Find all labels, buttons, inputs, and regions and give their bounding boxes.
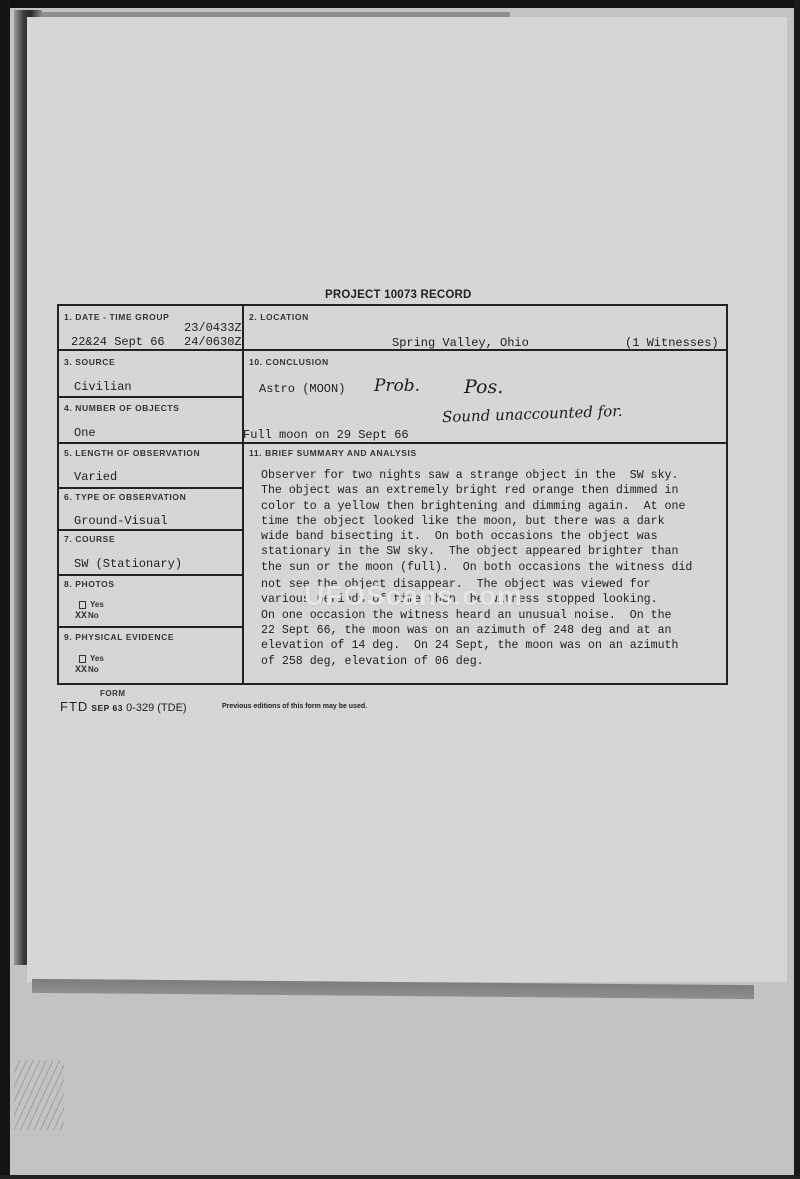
footer-form-code: FTD SEP 63 0-329 (TDE) [60,699,187,714]
summary-line: time the object looked like the moon, bu… [261,514,731,529]
checkbox-empty-icon [79,601,86,609]
handwritten-prob: Prob. [374,376,420,396]
conclusion-label: 10. CONCLUSION [249,357,329,367]
source-label: 3. SOURCE [64,357,115,367]
footer-note: Previous editions of this form may be us… [222,703,367,710]
date-time-group-label: 1. DATE - TIME GROUP [64,312,169,322]
summary-line: 22 Sept 66, the moon was on an azimuth o… [261,623,731,638]
witness-count: (1 Witnesses) [625,336,719,350]
photos-yes-option[interactable]: Yes [79,600,104,609]
summary-line: The object was an extremely bright red o… [261,483,731,498]
type-of-observation-label: 6. TYPE OF OBSERVATION [64,492,186,502]
number-of-objects-label: 4. NUMBER OF OBJECTS [64,403,179,413]
course-value: SW (Stationary) [74,557,182,571]
type-of-observation-value: Ground-Visual [74,514,168,528]
row-divider [59,626,243,628]
form-title: PROJECT 10073 RECORD [325,289,472,301]
summary-label: 11. BRIEF SUMMARY AND ANALYSIS [249,448,417,458]
summary-line: of 258 deg, elevation of 06 deg. [261,654,731,669]
length-of-observation-value: Varied [74,470,117,484]
checkbox-checked-icon: XX [75,665,87,676]
course-label: 7. COURSE [64,534,115,544]
form-number: 0-329 (TDE) [126,702,187,714]
row-divider [59,487,243,489]
photos-label: 8. PHOTOS [64,579,115,589]
scan-border-bottom [0,1175,800,1179]
time-value-1: 23/0433Z [184,321,242,335]
scan-border-top [0,0,800,8]
checkbox-checked-icon: XX [75,611,87,622]
time-value-2: 24/0630Z [184,335,242,349]
form-prefix: FTD [60,699,88,714]
form-date: SEP 63 [91,703,123,713]
location-label: 2. LOCATION [249,312,309,322]
conclusion-note: Full moon on 29 Sept 66 [243,428,409,442]
film-scratches [14,1060,64,1130]
summary-line: wide band bisecting it. On both occasion… [261,529,731,544]
handwritten-sound-note: Sound unaccounted for. [442,402,623,426]
summary-line: Observer for two nights saw a strange ob… [261,468,731,483]
photos-no-option[interactable]: XXNo [75,611,99,622]
watermark: UFOScans.com [304,580,523,612]
source-value: Civilian [74,380,132,394]
row-divider [59,396,243,398]
location-value: Spring Valley, Ohio [392,336,529,350]
handwritten-pos: Pos. [464,376,503,398]
length-of-observation-label: 5. LENGTH OF OBSERVATION [64,448,200,458]
number-of-objects-value: One [74,426,96,440]
summary-line: stationary in the SW sky. The object app… [261,544,731,559]
scan-border-right [794,0,800,1179]
conclusion-value: Astro (MOON) [259,382,345,396]
row-divider [59,442,728,444]
summary-line: the sun or the moon (full). On both occa… [261,560,731,575]
scan-border-left [0,0,10,1179]
row-divider [59,529,243,531]
physical-evidence-yes-option[interactable]: Yes [79,654,104,663]
summary-line: color to a yellow then brightening and d… [261,499,731,514]
summary-text: Observer for two nights saw a strange ob… [261,468,731,669]
footer-form-label: FORM [100,689,126,698]
checkbox-empty-icon [79,655,86,663]
summary-line: elevation of 14 deg. On 24 Sept, the moo… [261,638,731,653]
date-value: 22&24 Sept 66 [71,335,165,349]
physical-evidence-no-option[interactable]: XXNo [75,665,99,676]
project-record-form: 1. DATE - TIME GROUP 23/0433Z 22&24 Sept… [57,304,728,685]
row-divider [59,574,243,576]
physical-evidence-label: 9. PHYSICAL EVIDENCE [64,632,174,642]
